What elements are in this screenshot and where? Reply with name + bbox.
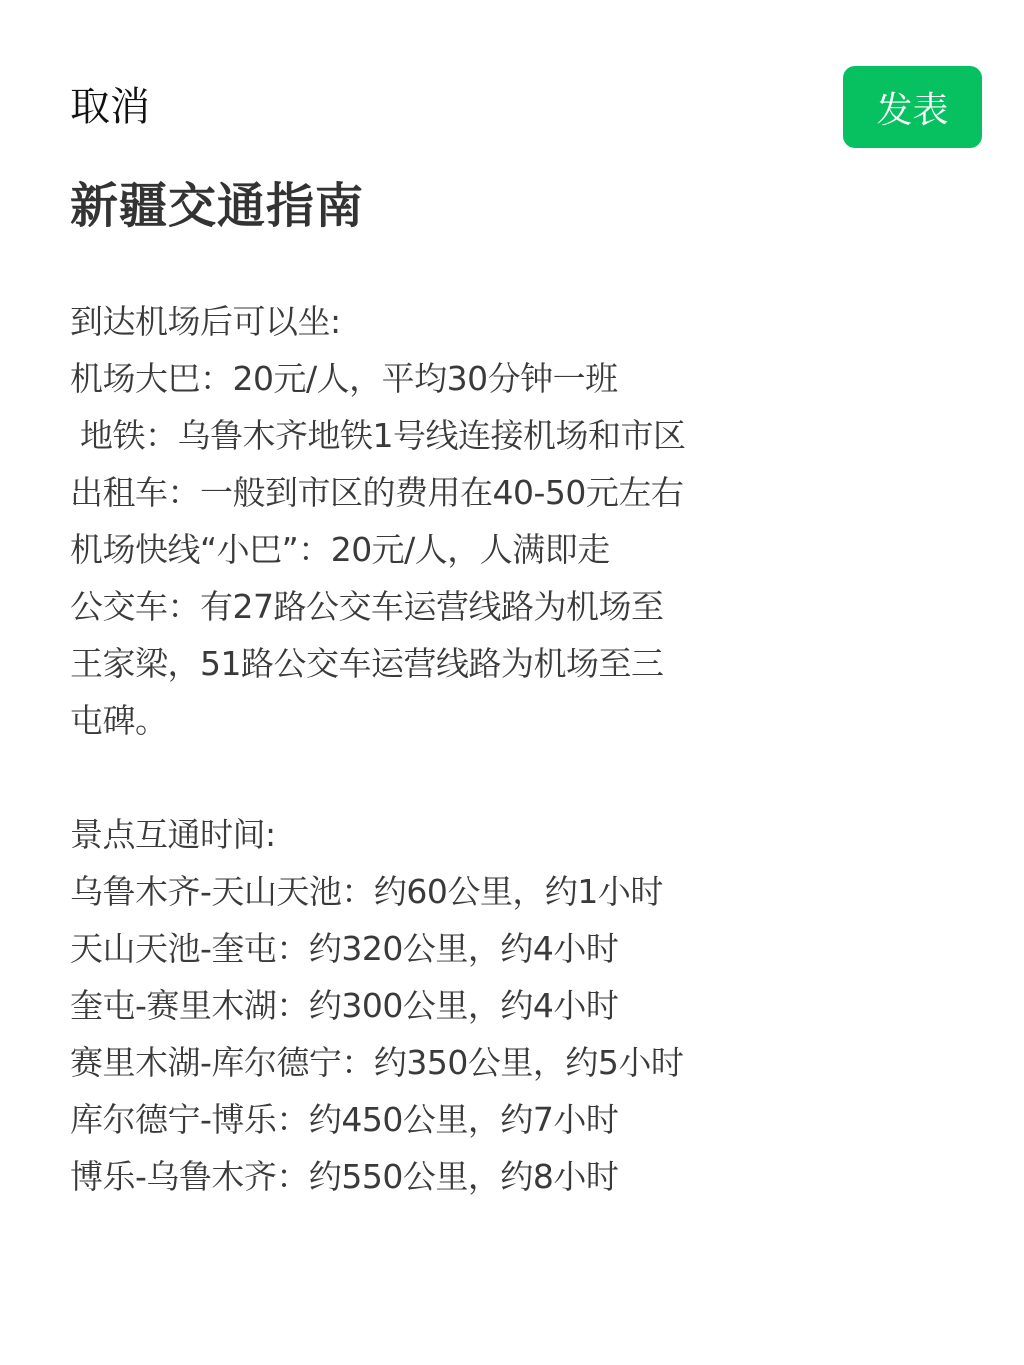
cancel-button[interactable]: 取消: [70, 82, 150, 132]
text-line: 奎屯-赛里木湖：约300公里，约4小时: [70, 977, 790, 1034]
text-line: 乌鲁木齐-天山天池：约60公里，约1小时: [70, 863, 790, 920]
section-airport-transport: 到达机场后可以坐: 机场大巴：20元/人，平均30分钟一班 地铁：乌鲁木齐地铁1…: [70, 293, 790, 749]
text-line: 赛里木湖-库尔德宁：约350公里，约5小时: [70, 1034, 790, 1091]
text-line: 库尔德宁-博乐：约450公里，约7小时: [70, 1091, 790, 1148]
text-line: 博乐-乌鲁木齐：约550公里，约8小时: [70, 1148, 790, 1205]
publish-button[interactable]: 发表: [843, 66, 982, 148]
text-line: 屯碑。: [70, 692, 790, 749]
text-line: 出租车：一般到市区的费用在40-50元左右: [70, 464, 790, 521]
post-title[interactable]: 新疆交通指南: [70, 176, 364, 236]
text-line: 地铁：乌鲁木齐地铁1号线连接机场和市区: [70, 407, 790, 464]
text-line: 公交车：有27路公交车运营线路为机场至: [70, 578, 790, 635]
section-heading: 景点互通时间:: [70, 806, 790, 863]
text-line: 机场快线“小巴”：20元/人，人满即走: [70, 521, 790, 578]
text-line: 机场大巴：20元/人，平均30分钟一班: [70, 350, 790, 407]
section-heading: 到达机场后可以坐:: [70, 293, 790, 350]
text-line: 天山天池-奎屯：约320公里，约4小时: [70, 920, 790, 977]
top-bar: 取消 发表: [0, 0, 1024, 160]
section-attraction-travel-times: 景点互通时间: 乌鲁木齐-天山天池：约60公里，约1小时 天山天池-奎屯：约32…: [70, 806, 790, 1205]
text-line: 王家梁，51路公交车运营线路为机场至三: [70, 635, 790, 692]
post-body[interactable]: 到达机场后可以坐: 机场大巴：20元/人，平均30分钟一班 地铁：乌鲁木齐地铁1…: [70, 293, 790, 1205]
